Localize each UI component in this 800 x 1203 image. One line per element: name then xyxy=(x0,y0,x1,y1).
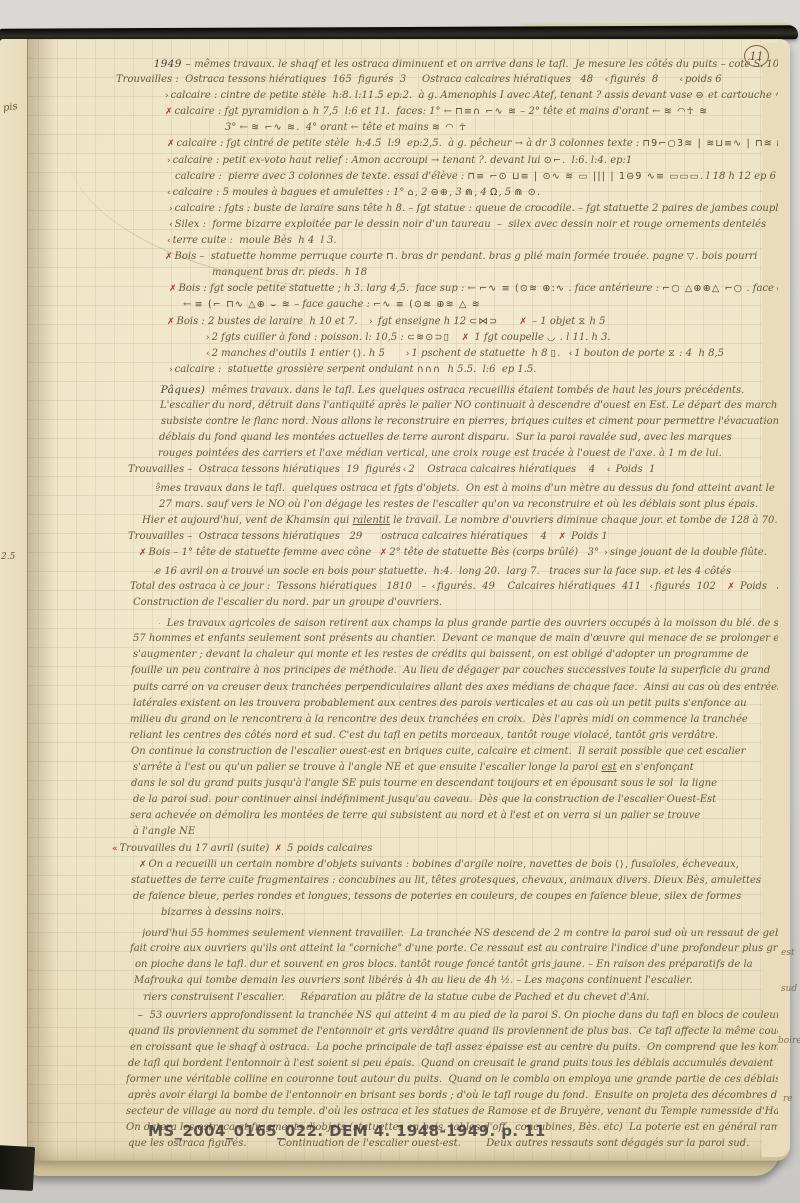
journal-line: Mafrouka qui tombe demain les ouvriers s… xyxy=(134,973,778,989)
journal-line: s'augmenter ; devant la chaleur qui mont… xyxy=(133,647,778,663)
journal-line: On continue la construction de l'escalie… xyxy=(131,744,778,760)
journal-line: calcaire : pierre avec 3 colonnes de tex… xyxy=(175,169,778,185)
journal-line: déblais du fond quand les montées actuel… xyxy=(159,430,778,446)
journal-line: quand ils proviennent du sommet de l'ent… xyxy=(128,1024,778,1040)
journal-line: fouille un peu contraire à nos principes… xyxy=(131,663,778,679)
journal-line: manquent bras dr. pieds. h 18 xyxy=(212,265,778,281)
notebook-cover-bottom-corner xyxy=(0,1145,35,1191)
journal-line: ›2 fgts cuiller à fond : poisson. l: 10,… xyxy=(204,330,778,346)
journal-line: Trouvailles – Ostraca tessons hiératique… xyxy=(128,462,778,478)
journal-line: ✗Bois : 2 bustes de laraire h 10 et 7. ›… xyxy=(165,314,778,330)
photo-of-notebook-page: { "document": { "page_number": "11", "wa… xyxy=(0,0,800,1203)
notebook-page: Samedi 16 avril 1949 – mêmes travaux. le… xyxy=(0,39,790,1161)
right-edge-text-fragment: sud xyxy=(781,984,797,994)
journal-line: Lundi 18 avril – mêmes travaux dans le t… xyxy=(156,480,778,496)
right-edge-text-fragment: re xyxy=(783,1094,793,1104)
journal-line: Samedi 16 avril 1949 – mêmes travaux. le… xyxy=(150,56,778,72)
journal-line: ✗On a recueilli un certain nombre d'obje… xyxy=(137,857,778,873)
journal-line: L'escalier du nord, détruit dans l'antiq… xyxy=(160,398,778,414)
journal-line: après avoir élargi la bombe de l'entonno… xyxy=(128,1088,778,1104)
journal-line: de tafl qui bordent l'entonnoir à l'est … xyxy=(128,1056,778,1072)
journal-line: milieu du grand on le rencontrera à la r… xyxy=(130,712,778,728)
journal-line: ✗Bois – statuette homme perruque courte … xyxy=(163,249,778,265)
journal-line: ✗calcaire : fgt cintré de petite stèle h… xyxy=(165,136,778,152)
journal-line: Trouvailles – Ostraca tessons hiératique… xyxy=(128,529,778,545)
journal-line: rouges pointées des carriers et l'axe mé… xyxy=(158,446,778,462)
journal-line: ✗Bois – 1° tête de statuette femme avec … xyxy=(137,545,778,561)
previous-page-sliver xyxy=(0,39,28,1161)
journal-line: statuettes de terre cuite fragmentaires … xyxy=(131,873,778,889)
journal-line: en croissant que le shaqf à ostraca. La … xyxy=(130,1040,778,1056)
journal-line: subsiste contre le flanc nord. Nous allo… xyxy=(161,414,778,430)
journal-line: de la paroi sud. pour continuer ainsi in… xyxy=(133,792,778,808)
journal-line: ›calcaire : petit ex-voto haut relief : … xyxy=(165,153,778,169)
journal-line: Jeudi 21 avril – aujourd'hui 55 hommes s… xyxy=(142,925,778,941)
journal-line: bizarres à dessins noirs. xyxy=(161,905,778,921)
journal-line: «Trouvailles du 17 avril (suite) ✗ 5 poi… xyxy=(110,841,778,857)
journal-lines: Samedi 16 avril 1949 – mêmes travaux. le… xyxy=(30,46,778,1168)
journal-line: Vendredi 22 avril – 7 ouvriers construis… xyxy=(143,989,778,1005)
journal-line: Total des ostraca à ce jour : Tessons hi… xyxy=(130,579,778,595)
journal-line: reliant les centres des côtés nord et su… xyxy=(129,728,778,744)
journal-line: dans le sol du grand puits jusqu'à l'ang… xyxy=(131,776,778,792)
journal-line: Hier et aujourd'hui, vent de Khamsin qui… xyxy=(142,513,778,529)
journal-line: secteur de village au nord du temple. d'… xyxy=(126,1104,778,1120)
archive-watermark: MS_2004_0165_022. DEM 4. 1948-1949. p. 1… xyxy=(148,1122,546,1140)
left-margin-note: pis xyxy=(2,101,18,114)
journal-line: Samedi 23 avril – 53 ouvriers approfondi… xyxy=(133,1007,778,1023)
journal-line: ›calcaire : statuette grossière serpent … xyxy=(167,362,778,378)
journal-line: ✗calcaire : fgt pyramidion ⌂ h 7,5 l:6 e… xyxy=(163,104,778,120)
journal-line: Mardi 19 avril – Le 16 avril on a trouvé… xyxy=(154,563,778,579)
journal-line: puits carré on va creuser deux tranchées… xyxy=(133,680,778,696)
journal-line: ‹2 manches d'outils 1 entier ⟨⟩. h 5 ›1 … xyxy=(204,346,778,362)
journal-line: latérales existent on les trouvera proba… xyxy=(133,696,778,712)
journal-line: ‹calcaire : 5 moules à bagues et amulett… xyxy=(165,185,778,201)
journal-line: sera achevée on démolira les montées de … xyxy=(130,808,778,824)
journal-line: former une véritable colline en couronne… xyxy=(126,1072,778,1088)
journal-line: de faïence bleue, perles rondes et longu… xyxy=(133,889,778,905)
journal-line: Trouvailles : Ostraca tessons hiératique… xyxy=(116,72,778,88)
journal-line: 57 hommes et enfants seulement sont prés… xyxy=(133,631,778,647)
journal-line: 3° ← ≋ ⌐∿ ≋. 4° orant ← tête et mains ≋ … xyxy=(225,120,778,136)
journal-line: 27 mars. sauf vers le NO où l'on dégage … xyxy=(159,497,778,513)
journal-line: ✗Bois : fgt socle petite statuette ; h 3… xyxy=(167,281,778,297)
page-number-text: 11 xyxy=(750,50,764,63)
journal-line: ← ≡ (⌐ ⊓∿ △⊕ ⌣ ≋ – face gauche : ⌐∿ ≡ (⊙… xyxy=(183,297,778,313)
journal-line: s'arrête à l'est ou qu'un palier se trou… xyxy=(133,760,778,776)
journal-line: Mercredi 20 avril – Les travaux agricole… xyxy=(159,615,778,631)
journal-line: à l'angle NE xyxy=(133,824,778,840)
left-margin-note: 2.5 xyxy=(1,552,15,562)
journal-line: on pioche dans le tafl. dur et souvent e… xyxy=(135,957,778,973)
circled-page-number: 11 xyxy=(744,45,769,67)
right-edge-text-fragment: boire xyxy=(778,1036,800,1046)
journal-line: Dimanche 17 avril (Pâques) mêmes travaux… xyxy=(160,382,778,398)
journal-line: ‹Silex : forme bizarre exploitée par le … xyxy=(167,217,778,233)
right-edge-text-fragment: est xyxy=(781,948,795,958)
journal-line: fait croire aux ouvriers qu'ils ont atte… xyxy=(130,941,778,957)
journal-line: ‹terre cuite : moule Bès h 4 l 3. xyxy=(165,233,778,249)
journal-line: ›calcaire : cintre de petite stèle h:8. … xyxy=(163,88,778,104)
journal-line: ›calcaire : fgts : buste de laraire sans… xyxy=(167,201,778,217)
journal-line: Construction de l'escalier du nord. par … xyxy=(133,595,778,611)
